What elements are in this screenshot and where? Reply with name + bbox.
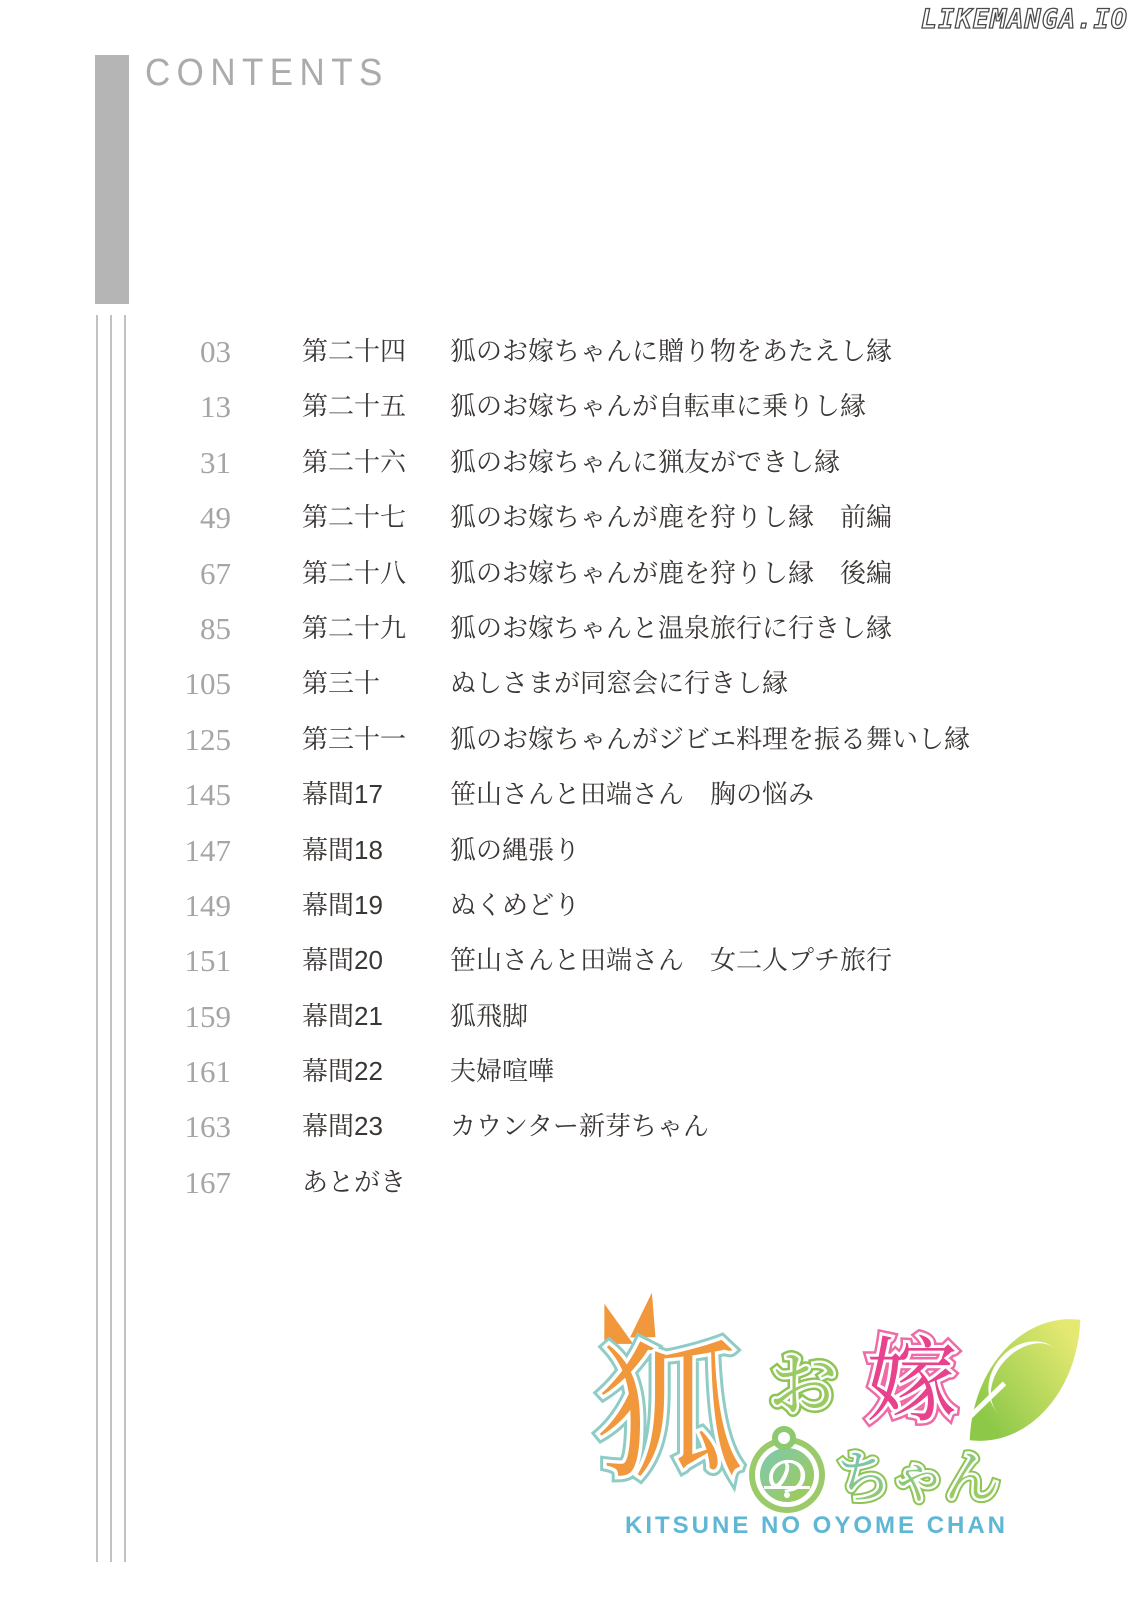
bell-ring-icon (772, 1426, 796, 1450)
bell-icon: の (760, 1448, 814, 1502)
contents-accent-bar (95, 55, 129, 304)
manga-contents-page: LIKEMANGA.IO CONTENTS 03第二十四狐のお嫁ちゃんに贈り物を… (0, 0, 1133, 1600)
toc-chapter-label: 幕間21 (302, 989, 383, 1044)
toc-chapter-label: 幕間19 (302, 878, 383, 933)
series-logo: 狐 狐 狐 お お お 嫁 嫁 嫁 の ちゃん ちゃん ちゃん KITSUNE … (570, 1280, 1115, 1580)
toc-chapter-label: 幕間20 (302, 933, 383, 988)
toc-row: 161幕間22夫婦喧嘩 (0, 1044, 1133, 1099)
toc-page-number: 67 (0, 546, 231, 601)
toc-chapter-title: 狐のお嫁ちゃんが鹿を狩りし縁 前編 (450, 490, 892, 545)
toc-chapter-label: 第二十九 (302, 601, 406, 656)
toc-row: 49第二十七狐のお嫁ちゃんが鹿を狩りし縁 前編 (0, 490, 1133, 545)
toc-chapter-title: 狐のお嫁ちゃんに猟友ができし縁 (450, 435, 840, 490)
toc-chapter-label: 第二十四 (302, 324, 406, 379)
toc-chapter-label: 幕間17 (302, 767, 383, 822)
toc-chapter-label: 第三十一 (302, 712, 406, 767)
toc-page-number: 167 (0, 1155, 231, 1210)
logo-subtitle: KITSUNE NO OYOME CHAN (625, 1512, 1025, 1540)
site-watermark: LIKEMANGA.IO (872, 4, 1128, 35)
toc-chapter-label: 第二十五 (302, 379, 406, 434)
toc-row: 125第三十一狐のお嫁ちゃんがジビエ料理を振る舞いし縁 (0, 712, 1133, 767)
toc-chapter-title: 狐のお嫁ちゃんがジビエ料理を振る舞いし縁 (450, 712, 970, 767)
toc-list: 03第二十四狐のお嫁ちゃんに贈り物をあたえし縁13第二十五狐のお嫁ちゃんが自転車… (0, 324, 1133, 1210)
toc-page-number: 145 (0, 767, 231, 822)
toc-chapter-title: 笹山さんと田端さん 胸の悩み (450, 767, 814, 822)
toc-page-number: 85 (0, 601, 231, 656)
bell-clapper (784, 1492, 790, 1498)
toc-page-number: 105 (0, 656, 231, 711)
toc-row: 159幕間21狐飛脚 (0, 989, 1133, 1044)
toc-page-number: 163 (0, 1099, 231, 1154)
toc-page-number: 49 (0, 490, 231, 545)
toc-page-number: 147 (0, 823, 231, 878)
toc-page-number: 159 (0, 989, 231, 1044)
leaf-icon (970, 1313, 1081, 1448)
toc-row: 13第二十五狐のお嫁ちゃんが自転車に乗りし縁 (0, 379, 1133, 434)
toc-row: 151幕間20笹山さんと田端さん 女二人プチ旅行 (0, 933, 1133, 988)
toc-chapter-title: 狐飛脚 (450, 989, 528, 1044)
toc-chapter-title: 狐のお嫁ちゃんと温泉旅行に行きし縁 (450, 601, 892, 656)
toc-page-number: 149 (0, 878, 231, 933)
toc-chapter-title: ぬしさまが同窓会に行きし縁 (450, 656, 788, 711)
toc-row: 31第二十六狐のお嫁ちゃんに猟友ができし縁 (0, 435, 1133, 490)
toc-chapter-label: 幕間18 (302, 823, 383, 878)
toc-row: 167あとがき (0, 1155, 1133, 1210)
toc-row: 67第二十八狐のお嫁ちゃんが鹿を狩りし縁 後編 (0, 546, 1133, 601)
toc-chapter-title: 笹山さんと田端さん 女二人プチ旅行 (450, 933, 892, 988)
toc-chapter-title: 夫婦喧嘩 (450, 1044, 554, 1099)
toc-chapter-label: 幕間22 (302, 1044, 383, 1099)
toc-chapter-title: 狐の縄張り (450, 823, 580, 878)
toc-chapter-title: ぬくめどり (450, 878, 580, 933)
toc-chapter-title: 狐のお嫁ちゃんに贈り物をあたえし縁 (450, 324, 892, 379)
bell-slit (764, 1486, 810, 1489)
toc-page-number: 161 (0, 1044, 231, 1099)
toc-chapter-title: カウンター新芽ちゃん (450, 1099, 709, 1154)
leaf-vein (972, 1325, 1082, 1436)
toc-chapter-label: 幕間23 (302, 1099, 383, 1154)
toc-chapter-label: 第二十八 (302, 546, 406, 601)
toc-page-number: 13 (0, 379, 231, 434)
toc-chapter-title: 狐のお嫁ちゃんが自転車に乗りし縁 (450, 379, 866, 434)
toc-row: 03第二十四狐のお嫁ちゃんに贈り物をあたえし縁 (0, 324, 1133, 379)
toc-row: 147幕間18狐の縄張り (0, 823, 1133, 878)
toc-chapter-title: 狐のお嫁ちゃんが鹿を狩りし縁 後編 (450, 546, 892, 601)
toc-page-number: 125 (0, 712, 231, 767)
toc-row: 85第二十九狐のお嫁ちゃんと温泉旅行に行きし縁 (0, 601, 1133, 656)
toc-row: 145幕間17笹山さんと田端さん 胸の悩み (0, 767, 1133, 822)
toc-chapter-label: 第二十七 (302, 490, 406, 545)
toc-chapter-label: 第二十六 (302, 435, 406, 490)
toc-page-number: 31 (0, 435, 231, 490)
toc-row: 105第三十ぬしさまが同窓会に行きし縁 (0, 656, 1133, 711)
toc-chapter-label: あとがき (302, 1155, 406, 1210)
toc-page-number: 03 (0, 324, 231, 379)
contents-title: CONTENTS (145, 52, 389, 95)
toc-chapter-label: 第三十 (302, 656, 380, 711)
toc-page-number: 151 (0, 933, 231, 988)
toc-row: 163幕間23カウンター新芽ちゃん (0, 1099, 1133, 1154)
toc-row: 149幕間19ぬくめどり (0, 878, 1133, 933)
